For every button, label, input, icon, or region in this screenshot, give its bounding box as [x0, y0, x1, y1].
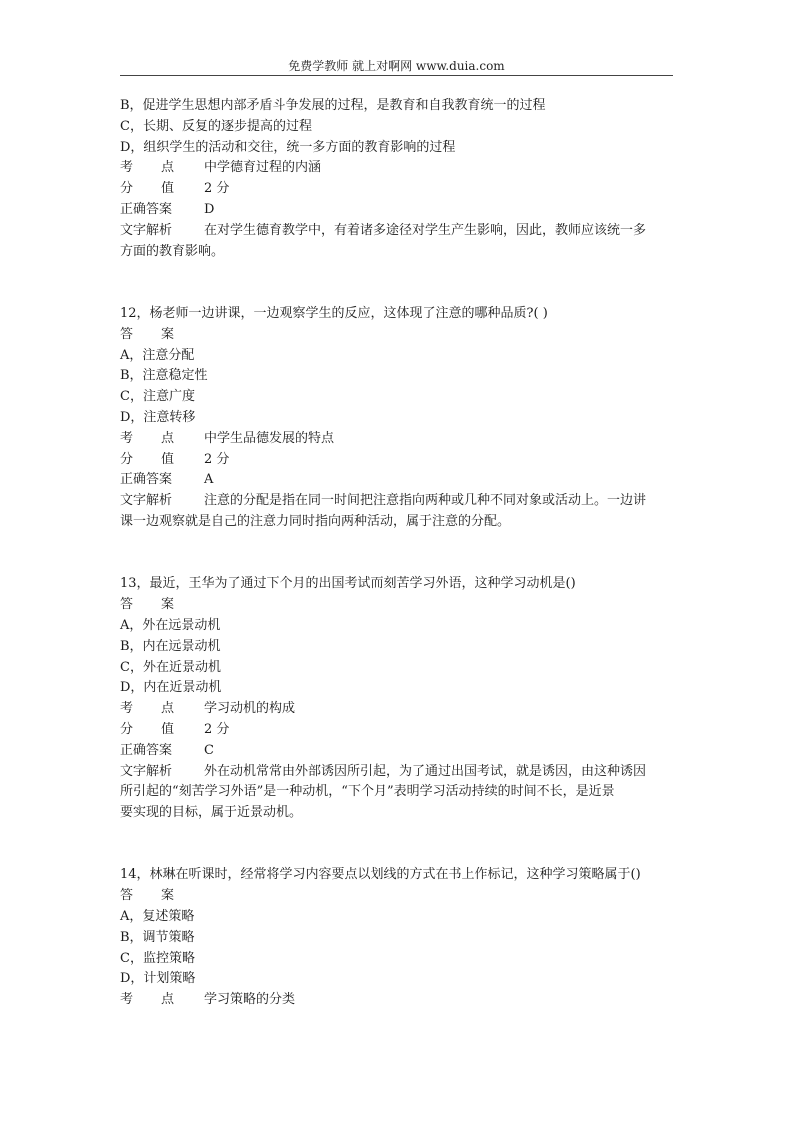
answer-label: 答案 [120, 595, 680, 616]
header-divider [120, 75, 673, 76]
fenzhi-label: 分值 [120, 179, 204, 200]
kaodian-value: 学习策略的分类 [204, 992, 295, 1007]
option-a: A，外在远景动机 [120, 616, 680, 637]
fenzhi-value: 2 分 [204, 452, 229, 467]
kaodian-row: 考点中学生品德发展的特点 [120, 429, 680, 450]
question-text: 13，最近，王华为了通过下个月的出国考试而刻苦学习外语，这种学习动机是() [120, 574, 680, 595]
kaodian-value: 学习动机的构成 [204, 701, 295, 716]
spacer [120, 824, 680, 866]
option-b: B，注意稳定性 [120, 366, 680, 387]
analysis-text-2: 方面的教育影响。 [120, 242, 680, 263]
correct-answer-label: 正确答案 [120, 741, 204, 762]
option-d: D，计划策略 [120, 969, 680, 990]
option-a: A，复述策略 [120, 907, 680, 928]
analysis-text-2: 课一边观察就是自己的注意力同时指向两种活动，属于注意的分配。 [120, 512, 680, 533]
analysis-text-1: 注意的分配是指在同一时间把注意指向两种或几种不同对象或活动上。一边讲 [204, 493, 646, 508]
question-text: 14，林琳在听课时，经常将学习内容要点以划线的方式在书上作标记，这种学习策略属于… [120, 865, 680, 886]
option-b: B，内在远景动机 [120, 637, 680, 658]
fenzhi-value: 2 分 [204, 722, 229, 737]
fenzhi-row: 分值2 分 [120, 450, 680, 471]
kaodian-value: 中学德育过程的内涵 [204, 160, 321, 175]
kaodian-label: 考点 [120, 699, 204, 720]
option-d: D，组织学生的活动和交往，统一多方面的教育影响的过程 [120, 138, 680, 159]
page-header: 免费学教师 就上对啊网 www.duia.com [120, 58, 673, 74]
correct-answer-value: D [204, 202, 214, 217]
option-d: D，内在近景动机 [120, 678, 680, 699]
spacer [120, 262, 680, 304]
fenzhi-label: 分值 [120, 450, 204, 471]
correct-answer-row: 正确答案D [120, 200, 680, 221]
question-14: 14，林琳在听课时，经常将学习内容要点以划线的方式在书上作标记，这种学习策略属于… [120, 865, 680, 1011]
analysis-row: 文字解析注意的分配是指在同一时间把注意指向两种或几种不同对象或活动上。一边讲 [120, 491, 680, 512]
kaodian-label: 考点 [120, 990, 204, 1011]
analysis-text-1: 外在动机常常由外部诱因所引起，为了通过出国考试，就是诱因，由这种诱因 [204, 764, 646, 779]
analysis-label: 文字解析 [120, 491, 204, 512]
answer-label: 答案 [120, 886, 680, 907]
correct-answer-label: 正确答案 [120, 200, 204, 221]
kaodian-row: 考点中学德育过程的内涵 [120, 158, 680, 179]
option-c: C，监控策略 [120, 949, 680, 970]
question-11-tail: B，促进学生思想内部矛盾斗争发展的过程，是教育和自我教育统一的过程 C，长期、反… [120, 96, 680, 262]
option-c: C，长期、反复的逐步提高的过程 [120, 117, 680, 138]
option-c: C，注意广度 [120, 387, 680, 408]
spacer [120, 533, 680, 575]
fenzhi-value: 2 分 [204, 181, 229, 196]
option-c: C，外在近景动机 [120, 658, 680, 679]
fenzhi-row: 分值2 分 [120, 179, 680, 200]
question-13: 13，最近，王华为了通过下个月的出国考试而刻苦学习外语，这种学习动机是() 答案… [120, 574, 680, 824]
correct-answer-label: 正确答案 [120, 470, 204, 491]
analysis-row: 文字解析在对学生德育教学中，有着诸多途径对学生产生影响，因此，教师应该统一多 [120, 221, 680, 242]
kaodian-row: 考点学习策略的分类 [120, 990, 680, 1011]
correct-answer-row: 正确答案A [120, 470, 680, 491]
option-a: A，注意分配 [120, 346, 680, 367]
kaodian-label: 考点 [120, 158, 204, 179]
fenzhi-label: 分值 [120, 720, 204, 741]
question-12: 12，杨老师一边讲课，一边观察学生的反应，这体现了注意的哪种品质?( ) 答案 … [120, 304, 680, 533]
kaodian-label: 考点 [120, 429, 204, 450]
analysis-text-3: 要实现的目标，属于近景动机。 [120, 803, 680, 824]
kaodian-value: 中学生品德发展的特点 [204, 431, 334, 446]
option-b: B，促进学生思想内部矛盾斗争发展的过程，是教育和自我教育统一的过程 [120, 96, 680, 117]
analysis-row: 文字解析外在动机常常由外部诱因所引起，为了通过出国考试，就是诱因，由这种诱因 [120, 762, 680, 783]
document-body: B，促进学生思想内部矛盾斗争发展的过程，是教育和自我教育统一的过程 C，长期、反… [120, 96, 680, 1011]
analysis-label: 文字解析 [120, 762, 204, 783]
correct-answer-row: 正确答案C [120, 741, 680, 762]
kaodian-row: 考点学习动机的构成 [120, 699, 680, 720]
correct-answer-value: A [204, 472, 213, 487]
answer-label: 答案 [120, 325, 680, 346]
correct-answer-value: C [204, 743, 214, 758]
option-d: D，注意转移 [120, 408, 680, 429]
question-text: 12，杨老师一边讲课，一边观察学生的反应，这体现了注意的哪种品质?( ) [120, 304, 680, 325]
analysis-text-2: 所引起的“刻苦学习外语”是一种动机，“下个月”表明学习活动持续的时间不长，是近景 [120, 782, 680, 803]
option-b: B，调节策略 [120, 928, 680, 949]
analysis-text-1: 在对学生德育教学中，有着诸多途径对学生产生影响，因此，教师应该统一多 [204, 223, 646, 238]
fenzhi-row: 分值2 分 [120, 720, 680, 741]
analysis-label: 文字解析 [120, 221, 204, 242]
